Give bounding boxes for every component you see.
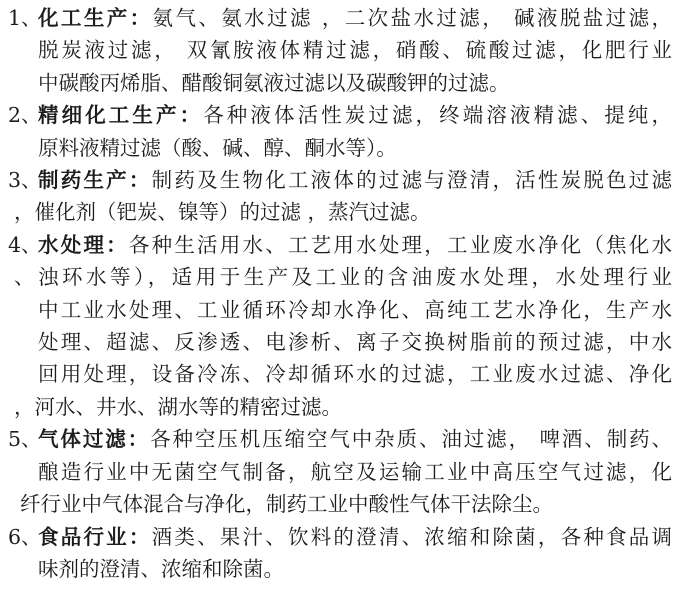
item-line: 中工业水处理、工业循环冷却水净化、高纯工艺水净化，生产水	[38, 294, 672, 326]
item-line: 中碳酸丙烯脂、醋酸铜氨液过滤以及碳酸钾的过滤。	[38, 67, 672, 99]
item-text: 氨气、氨水过滤 ，二次盐水过滤， 碱液脱盐过滤，	[153, 6, 672, 30]
list-item-1: 1、 化工生产：氨气、氨水过滤 ，二次盐水过滤， 碱液脱盐过滤， 脱炭液过滤， …	[38, 2, 672, 99]
item-title: 化工生产：	[38, 6, 153, 30]
item-line: 化工生产：氨气、氨水过滤 ，二次盐水过滤， 碱液脱盐过滤，	[38, 2, 672, 34]
list-item-2: 2、 精细化工生产：各种液体活性炭过滤，终端溶液精滤、提纯， 原料液精过滤（酸、…	[38, 99, 672, 164]
item-line: 、浊环水等），适用于生产及工业的含油废水处理，水处理行业	[14, 261, 672, 293]
list-item-5: 5、 气体过滤：各种空压机压缩空气中杂质、油过滤， 啤酒、制药、 酿造行业中无菌…	[38, 423, 672, 520]
item-title: 食品行业：	[38, 525, 152, 549]
item-text: 各种液体活性炭过滤，终端溶液精滤、提纯，	[203, 103, 672, 127]
item-text: 制药及生物化工液体的过滤与澄清，活性炭脱色过滤	[152, 168, 672, 192]
item-line: 食品行业：酒类、果汁、饮料的澄清、浓缩和除菌，各种食品调	[38, 521, 672, 553]
item-line: 气体过滤：各种空压机压缩空气中杂质、油过滤， 啤酒、制药、	[38, 423, 672, 455]
item-line: 制药生产：制药及生物化工液体的过滤与澄清，活性炭脱色过滤	[38, 164, 672, 196]
item-number: 3、	[8, 164, 42, 196]
item-line: 水处理：各种生活用水、工艺用水处理，工业废水净化（焦化水	[38, 229, 672, 261]
item-title: 气体过滤：	[38, 427, 150, 451]
item-number: 5、	[8, 423, 42, 455]
item-line: 处理、超滤、反渗透、电渗析、离子交换树脂前的预过滤，中水	[38, 326, 672, 358]
item-line: 脱炭液过滤， 双氰胺液体精过滤，硝酸、硫酸过滤，化肥行业	[38, 34, 672, 66]
item-title: 制药生产：	[38, 168, 152, 192]
item-line: 酿造行业中无菌空气制备，航空及运输工业中高压空气过滤，化	[38, 456, 672, 488]
item-line: 纤行业中气体混合与净化，制药工业中酸性气体干法除尘。	[20, 488, 672, 520]
list-item-3: 3、 制药生产：制药及生物化工液体的过滤与澄清，活性炭脱色过滤 ，催化剂（钯炭、…	[38, 164, 672, 229]
item-number: 4、	[8, 229, 42, 261]
item-text: 酒类、果汁、饮料的澄清、浓缩和除菌，各种食品调	[152, 525, 672, 549]
item-number: 2、	[8, 99, 42, 131]
item-line: ，催化剂（钯炭、镍等）的过滤 ，蒸汽过滤。	[14, 196, 672, 228]
item-number: 1、	[8, 2, 42, 34]
item-line: 精细化工生产：各种液体活性炭过滤，终端溶液精滤、提纯，	[38, 99, 672, 131]
list-item-6: 6、 食品行业：酒类、果汁、饮料的澄清、浓缩和除菌，各种食品调 味剂的澄清、浓缩…	[38, 521, 672, 586]
item-title: 精细化工生产：	[38, 103, 203, 127]
document-page: 1、 化工生产：氨气、氨水过滤 ，二次盐水过滤， 碱液脱盐过滤， 脱炭液过滤， …	[0, 0, 680, 585]
item-text: 各种空压机压缩空气中杂质、油过滤， 啤酒、制药、	[150, 427, 672, 451]
list-item-4: 4、 水处理：各种生活用水、工艺用水处理，工业废水净化（焦化水 、浊环水等），适…	[38, 229, 672, 423]
item-line: 原料液精过滤（酸、碱、醇、酮水等）。	[38, 132, 672, 164]
item-line: ，河水、井水、湖水等的精密过滤。	[14, 391, 672, 423]
item-title: 水处理：	[38, 233, 129, 257]
item-number: 6、	[8, 521, 42, 553]
item-line: 回用处理，设备冷冻、冷却循环水的过滤，工业废水过滤、净化	[38, 358, 672, 390]
item-line: 味剂的澄清、浓缩和除菌。	[38, 553, 672, 585]
item-text: 各种生活用水、工艺用水处理，工业废水净化（焦化水	[129, 233, 672, 257]
